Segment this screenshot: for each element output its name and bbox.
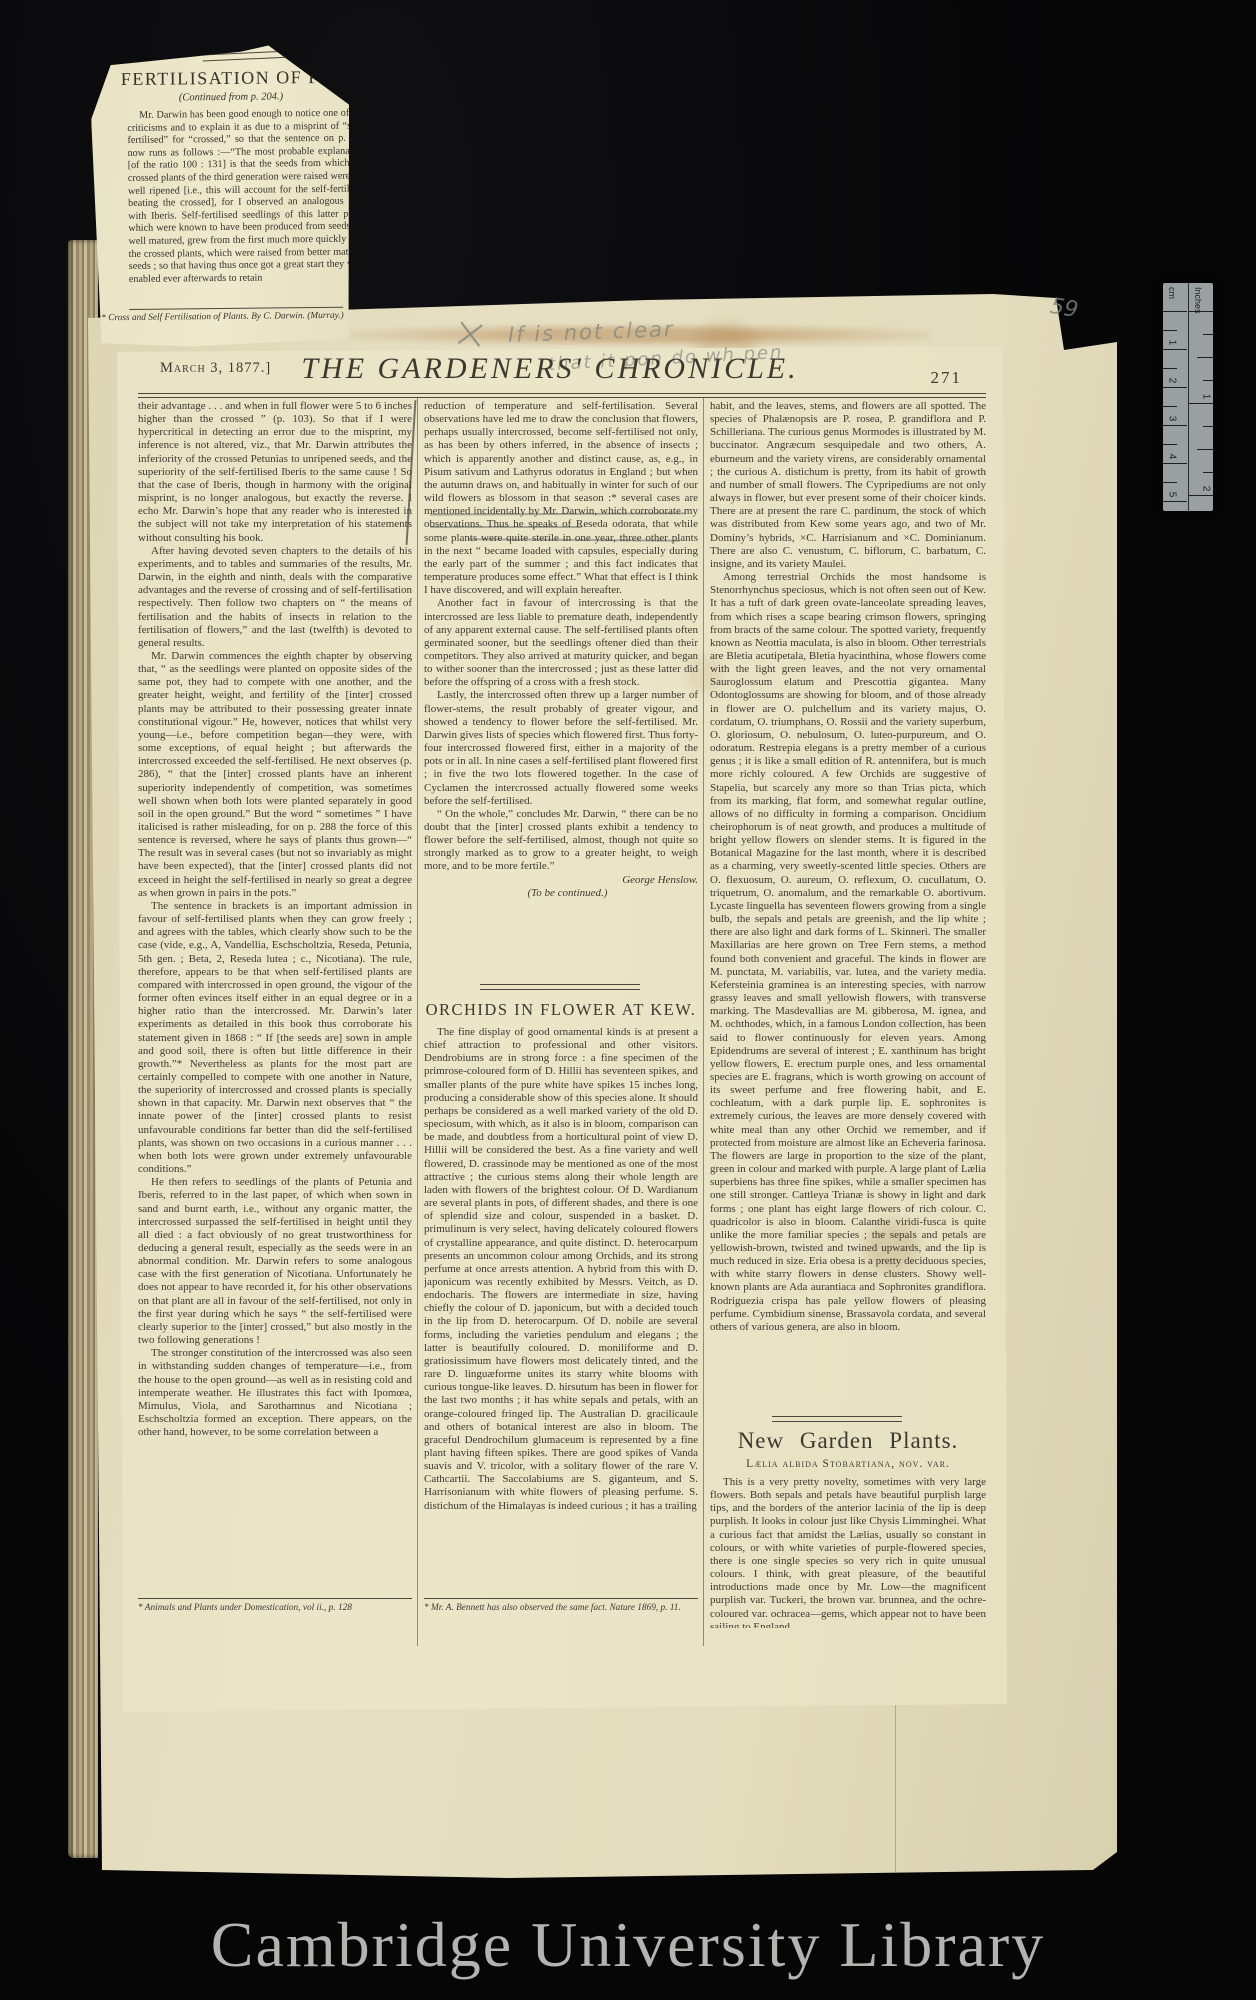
inch-tick	[1189, 403, 1213, 404]
footnote-rule	[424, 1598, 698, 1599]
cm-tick	[1163, 482, 1177, 483]
paragraph: Lastly, the intercrossed often threw up …	[424, 689, 698, 807]
page-number: 271	[900, 368, 962, 388]
cm-tick	[1163, 349, 1187, 350]
masthead: THE GARDENERS' CHRONICLE.	[250, 352, 850, 386]
paragraph: The stronger constitution of the intercr…	[138, 1347, 412, 1439]
column-3-text: habit, and the leaves, stems, and flower…	[710, 400, 986, 1412]
new-garden-plants-text: This is a very pretty novelty, sometimes…	[710, 1476, 986, 1628]
clipping-footnote-rule	[129, 307, 343, 310]
inch-tick	[1189, 495, 1213, 496]
inch-tick	[1197, 357, 1213, 358]
paragraph: Mr. Darwin commences the eighth chapter …	[138, 650, 412, 900]
inch-tick	[1203, 334, 1213, 335]
cm-tick	[1163, 330, 1177, 331]
cm-tick	[1163, 501, 1187, 502]
section-title-orchids: ORCHIDS IN FLOWER AT KEW.	[424, 1000, 698, 1020]
section-title-new-garden-plants: New Garden Plants.	[710, 1428, 986, 1454]
section-separator	[480, 984, 640, 990]
ruler-inches-label: Inches	[1193, 287, 1203, 314]
cm-tick	[1163, 406, 1177, 407]
measurement-ruler: cm Inches 1234512	[1163, 283, 1213, 511]
paragraph: Another fact in favour of intercrossing …	[424, 597, 698, 689]
inch-tick	[1203, 472, 1213, 473]
paragraph: The fine display of good ornamental kind…	[424, 1026, 698, 1513]
clipping-body: Mr. Darwin has been good enough to notic…	[127, 107, 367, 301]
ruler-tick-label: 2	[1201, 486, 1212, 492]
cm-tick	[1163, 387, 1187, 388]
archival-photograph: FERTILISATION OF PLANTS. (Continued from…	[0, 0, 1256, 2000]
ruler-tick-label: 1	[1201, 394, 1212, 400]
column-rule	[417, 398, 418, 1646]
column-2-footnote: * Mr. A. Bennett has also observed the s…	[424, 1603, 698, 1629]
cm-tick	[1163, 311, 1187, 312]
ruler-tick-label: 3	[1166, 416, 1177, 422]
section-separator	[772, 1416, 902, 1422]
paragraph: habit, and the leaves, stems, and flower…	[710, 400, 986, 571]
ruler-tick-label: 1	[1166, 340, 1177, 346]
cm-tick	[1163, 463, 1187, 464]
inch-tick	[1197, 449, 1213, 450]
cm-tick	[1163, 425, 1187, 426]
column-rule	[703, 398, 704, 1646]
pencil-corner-number: 59	[1048, 294, 1080, 323]
clipping-paragraph: Mr. Darwin has been good enough to notic…	[127, 107, 367, 286]
ruler-tick-label: 4	[1166, 454, 1177, 460]
paragraph: “ On the whole,” concludes Mr. Darwin, “…	[424, 808, 698, 874]
column-1-text: their advantage . . . and when in full f…	[138, 400, 412, 1596]
species-heading: Lælia albida Stobartiana, nov. var.	[710, 1458, 986, 1470]
paragraph: After having devoted seven chapters to t…	[138, 545, 412, 650]
orchids-article-text: The fine display of good ornamental kind…	[424, 1026, 698, 1592]
ruler-cm-label: cm	[1167, 287, 1177, 299]
paragraph: reduction of temperature and self-fertil…	[424, 400, 698, 597]
ruler-tick-label: 2	[1166, 378, 1177, 384]
pasted-clipping: FERTILISATION OF PLANTS. (Continued from…	[90, 45, 351, 348]
author-attribution: George Henslow.	[424, 874, 698, 887]
clipping-top-rule	[202, 48, 336, 61]
paragraph: Among terrestrial Orchids the most hands…	[710, 571, 986, 1334]
inch-tick	[1189, 311, 1213, 312]
header-rule	[138, 393, 986, 398]
to-be-continued: (To be continued.)	[424, 887, 698, 900]
column-1-footnote: * Animals and Plants under Domestication…	[138, 1603, 412, 1617]
library-watermark: Cambridge University Library	[0, 1908, 1256, 1982]
paragraph: their advantage . . . and when in full f…	[138, 400, 412, 545]
paragraph: This is a very pretty novelty, sometimes…	[710, 1476, 986, 1628]
paragraph: He then refers to seedlings of the plant…	[138, 1176, 412, 1347]
clipping-footnote: * Cross and Self Fertilisation of Plants…	[101, 311, 345, 325]
clipping-continued-from: (Continued from p. 204.)	[121, 91, 341, 104]
inch-tick	[1203, 426, 1213, 427]
ruler-center-line	[1188, 283, 1189, 511]
cm-tick	[1163, 444, 1177, 445]
cm-tick	[1163, 368, 1177, 369]
inch-tick	[1203, 380, 1213, 381]
column-2-text: reduction of temperature and self-fertil…	[424, 400, 698, 956]
clipping-title: FERTILISATION OF PLANTS.	[121, 67, 347, 90]
paragraph: The sentence in brackets is an important…	[138, 900, 412, 1176]
ruler-tick-label: 5	[1166, 492, 1177, 498]
footnote-rule	[138, 1598, 412, 1599]
